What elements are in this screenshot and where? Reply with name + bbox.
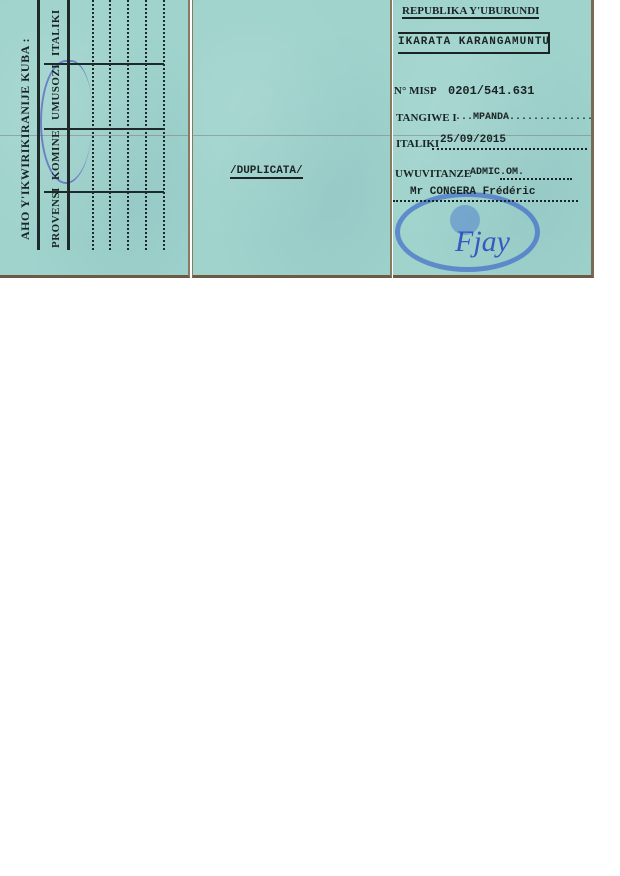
card-panel-left: AHO Y'IKWIRIKIRANIJE KUBA : PROVENSI KOM… xyxy=(0,0,190,278)
number-label: N° MISP xyxy=(394,85,437,97)
table-border xyxy=(67,0,70,250)
column-header-italiki: ITALIKI xyxy=(50,9,62,56)
number-value: 0201/541.631 xyxy=(448,84,534,98)
country-name: REPUBLIKA Y'UBURUNDI xyxy=(402,5,539,19)
entry-line xyxy=(92,0,94,250)
duplicate-label: /DUPLICATA/ xyxy=(230,165,303,179)
table-border xyxy=(37,0,40,250)
authority-value: ADMIC.OM. xyxy=(470,167,524,178)
authority-dotted-line xyxy=(500,178,572,180)
entry-line xyxy=(163,0,165,250)
column-header-umusozi: UMUSOZI xyxy=(50,64,62,120)
card-panel-middle: /DUPLICATA/ xyxy=(192,0,392,278)
officer-dotted-line xyxy=(393,200,578,202)
issued-at-label: TANGIWE I xyxy=(396,112,457,124)
date-value: 25/09/2015 xyxy=(440,134,506,146)
entry-line xyxy=(145,0,147,250)
id-card: AHO Y'IKWIRIKIRANIJE KUBA : PROVENSI KOM… xyxy=(0,0,594,282)
signature: Fjay xyxy=(455,225,510,259)
pen-mark xyxy=(40,60,92,184)
column-header-komine: KOMINE xyxy=(50,130,62,180)
address-heading: AHO Y'IKWIRIKIRANIJE KUBA : xyxy=(18,38,33,240)
officer-name: Mr CONGERA Frédéric xyxy=(410,186,535,198)
column-header-provensi: PROVENSI xyxy=(50,187,62,248)
entry-line xyxy=(127,0,129,250)
date-dotted-line xyxy=(432,148,587,150)
card-title: IKARATA KARANGAMUNTU xyxy=(398,36,550,48)
entry-line xyxy=(109,0,111,250)
fold-line xyxy=(193,135,390,136)
authority-label: UWUVITANZE xyxy=(395,168,471,180)
issued-at-value: ...MPANDA.............. xyxy=(455,112,593,123)
